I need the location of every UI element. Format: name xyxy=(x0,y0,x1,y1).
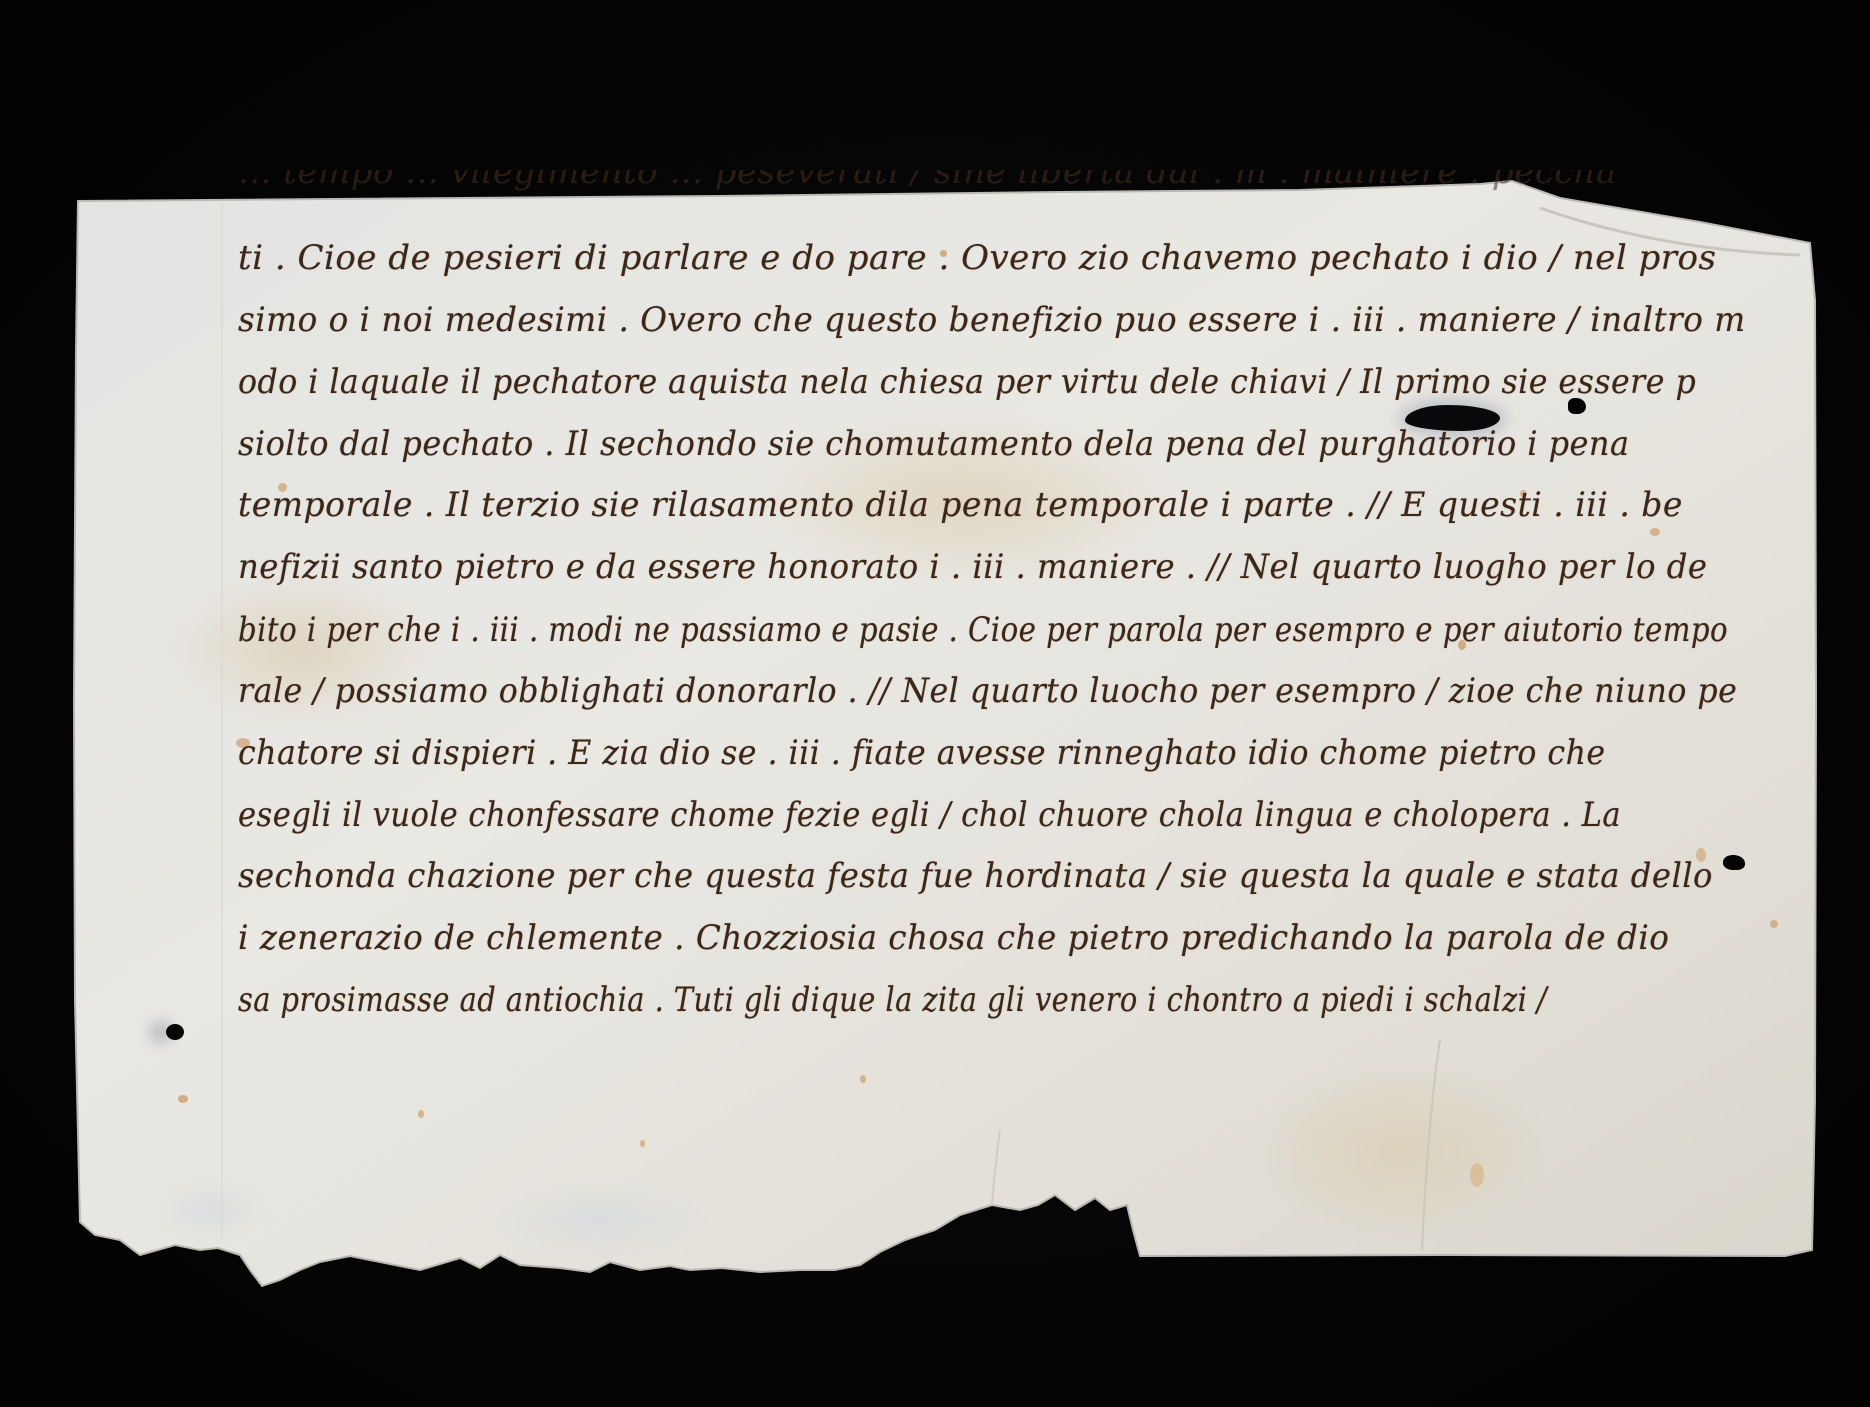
manuscript-line: temporale . Il terzio sie rilasamento di… xyxy=(238,485,1683,525)
manuscript-line: ti . Cioe de pesieri di parlare e do par… xyxy=(238,238,1716,278)
manuscript-line: siolto dal pechato . Il sechondo sie cho… xyxy=(238,424,1630,464)
manuscript-line: nefizii santo pietro e da essere honorat… xyxy=(238,547,1708,587)
foxing-spot xyxy=(1650,528,1660,536)
manuscript-line: sa prosimasse ad antiochia . Tuti gli di… xyxy=(238,980,1547,1020)
manuscript-line: rale / possiamo obblighati donorarlo . /… xyxy=(238,671,1737,711)
foxing-spot xyxy=(860,1075,866,1083)
wormhole-left-margin xyxy=(166,1024,184,1040)
manuscript-line: esegli il vuole chonfessare chome fezie … xyxy=(238,795,1621,835)
foxing-spot xyxy=(178,1095,188,1103)
manuscript-line: bito i per che i . iii . modi ne passiam… xyxy=(238,610,1728,650)
manuscript-line: chatore si dispieri . E zia dio se . iii… xyxy=(238,733,1606,773)
foxing-spot xyxy=(1470,1163,1484,1187)
foxing-spot xyxy=(418,1110,424,1118)
foxing-spot xyxy=(640,1140,645,1147)
photo-stage: ... tempo ... vilegimento ... peseverati… xyxy=(0,0,1870,1407)
wormhole-right-margin-lower xyxy=(1723,855,1745,870)
foxing-spot xyxy=(1770,920,1778,928)
manuscript-line: simo o i noi medesimi . Overo che questo… xyxy=(238,300,1746,340)
manuscript-line: sechonda chazione per che questa festa f… xyxy=(238,856,1713,896)
manuscript-line: i zenerazio de chlemente . Chozziosia ch… xyxy=(238,918,1669,958)
manuscript-line: odo i laquale il pechatore aquista nela … xyxy=(238,362,1696,402)
